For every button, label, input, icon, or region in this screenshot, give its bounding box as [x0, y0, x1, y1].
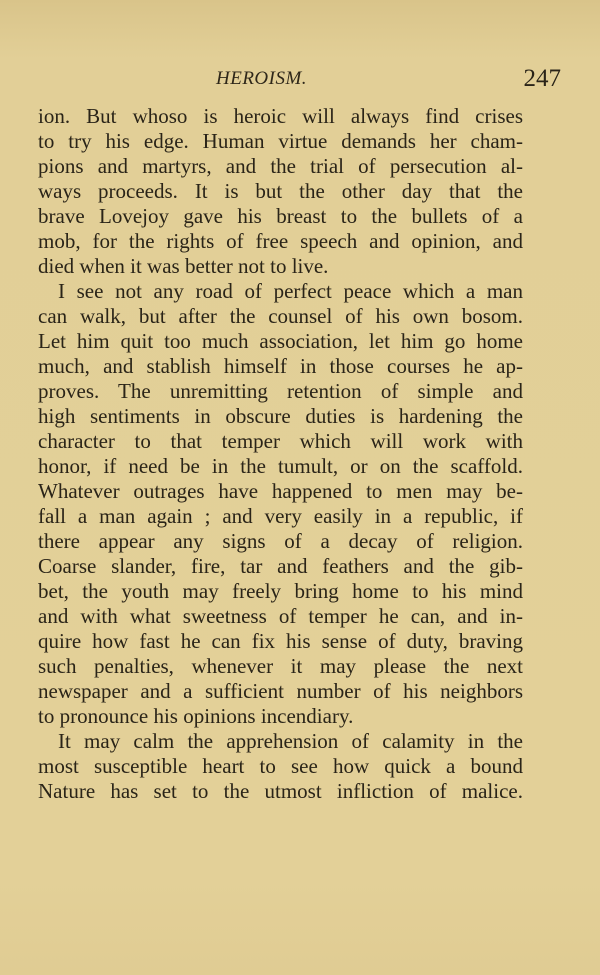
- text-line: ion. But whoso is heroic will always fin…: [38, 104, 523, 129]
- text-line: Coarse slander, fire, tar and feathers a…: [38, 554, 523, 579]
- body-text: ion. But whoso is heroic will always fin…: [38, 104, 523, 804]
- text-line: character to that temper which will work…: [38, 429, 523, 454]
- text-line: Whatever outrages have happened to men m…: [38, 479, 523, 504]
- text-line: to try his edge. Human virtue demands he…: [38, 129, 523, 154]
- paragraph-2: I see not any road of perfect peace whic…: [38, 279, 523, 729]
- text-line: fall a man again ; and very easily in a …: [38, 504, 523, 529]
- text-line: brave Lovejoy gave his breast to the bul…: [38, 204, 523, 229]
- paragraph-3: It may calm the apprehension of calamity…: [38, 729, 523, 804]
- paragraph-1: ion. But whoso is heroic will always fin…: [38, 104, 523, 279]
- text-line: much, and stablish himself in those cour…: [38, 354, 523, 379]
- text-line: to pronounce his opinions incendiary.: [38, 704, 523, 729]
- page-number: 247: [524, 65, 562, 93]
- text-line: pions and martyrs, and the trial of pers…: [38, 154, 523, 179]
- text-line: It may calm the apprehension of calamity…: [38, 729, 523, 754]
- text-line: proves. The unremitting retention of sim…: [38, 379, 523, 404]
- text-line: Nature has set to the utmost infliction …: [38, 779, 523, 804]
- text-line: high sentiments in obscure duties is har…: [38, 404, 523, 429]
- text-line: most susceptible heart to see how quick …: [38, 754, 523, 779]
- text-line: such penalties, whenever it may please t…: [38, 654, 523, 679]
- text-line: ways proceeds. It is but the other day t…: [38, 179, 523, 204]
- text-line: bet, the youth may freely bring home to …: [38, 579, 523, 604]
- text-line: Let him quit too much association, let h…: [38, 329, 523, 354]
- text-line: died when it was better not to live.: [38, 254, 523, 279]
- text-line: and with what sweetness of temper he can…: [38, 604, 523, 629]
- text-line: newspaper and a sufficient number of his…: [38, 679, 523, 704]
- book-page: HEROISM. 247 ion. But whoso is heroic wi…: [0, 0, 600, 975]
- text-line: quire how fast he can fix his sense of d…: [38, 629, 523, 654]
- text-line: can walk, but after the counsel of his o…: [38, 304, 523, 329]
- running-head: HEROISM. 247: [38, 68, 561, 94]
- text-line: honor, if need be in the tumult, or on t…: [38, 454, 523, 479]
- text-line: I see not any road of perfect peace whic…: [38, 279, 523, 304]
- text-line: there appear any signs of a decay of rel…: [38, 529, 523, 554]
- running-title: HEROISM.: [216, 68, 307, 90]
- text-line: mob, for the rights of free speech and o…: [38, 229, 523, 254]
